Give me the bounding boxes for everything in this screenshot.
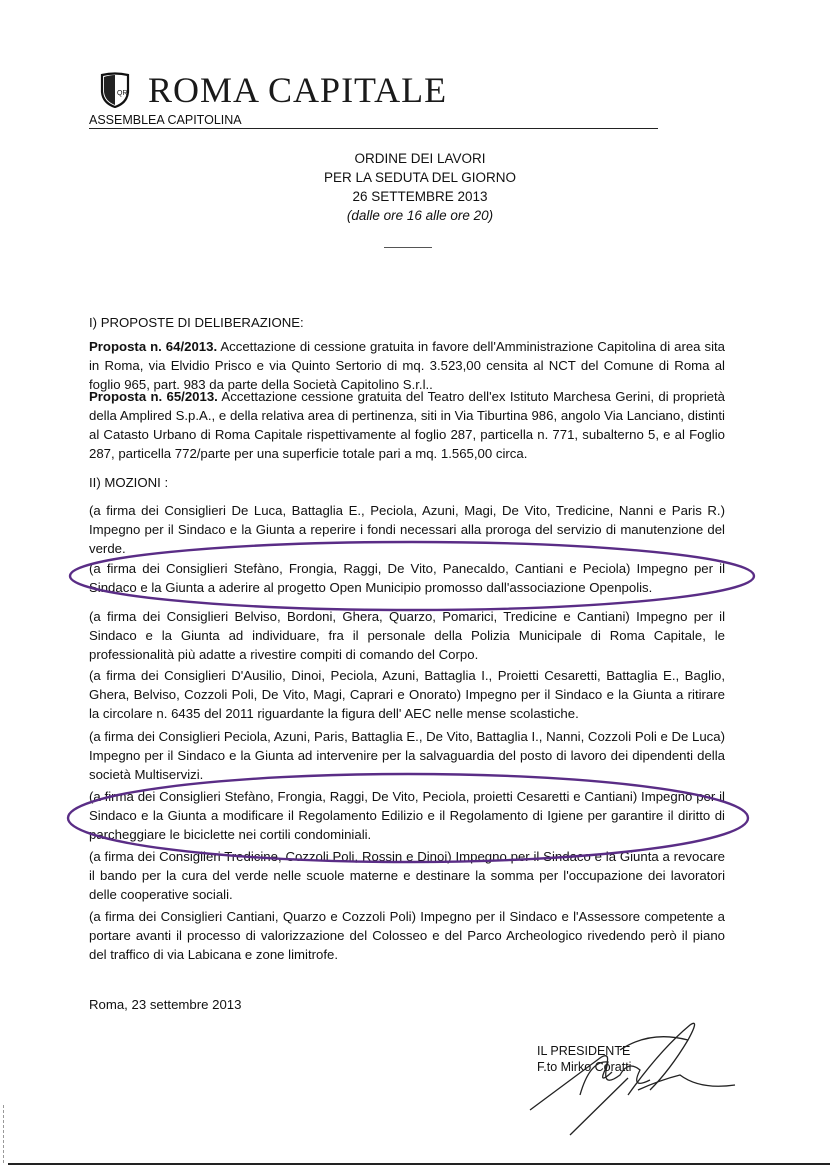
agenda-title-block: ORDINE DEI LAVORI PER LA SEDUTA DEL GIOR…	[250, 149, 590, 225]
session-hours: (dalle ore 16 alle ore 20)	[250, 206, 590, 225]
proposal-label: Proposta n. 64/2013.	[89, 339, 217, 354]
scan-edge-mark	[3, 1105, 4, 1163]
agenda-title: ORDINE DEI LAVORI	[250, 149, 590, 168]
title-divider	[384, 247, 432, 248]
signature-block: IL PRESIDENTE F.to Mirko Coratti	[537, 1043, 631, 1075]
page-bottom-rule	[8, 1163, 830, 1165]
motion-item: (a firma dei Consiglieri D'Ausilio, Dino…	[89, 666, 725, 723]
place-date: Roma, 23 settembre 2013	[89, 997, 241, 1012]
proposal-item: Proposta n. 64/2013. Accettazione di ces…	[89, 337, 725, 394]
motion-item: (a firma dei Consiglieri Belviso, Bordon…	[89, 607, 725, 664]
svg-text:QR: QR	[117, 90, 128, 97]
section-proposals-heading: I) PROPOSTE DI DELIBERAZIONE:	[89, 313, 725, 332]
session-date: 26 SETTEMBRE 2013	[250, 187, 590, 206]
agenda-subtitle: PER LA SEDUTA DEL GIORNO	[250, 168, 590, 187]
section-motions-heading: II) MOZIONI :	[89, 473, 725, 492]
brand-name: ROMA CAPITALE	[148, 72, 447, 108]
motion-item: (a firma dei Consiglieri De Luca, Battag…	[89, 501, 725, 558]
motion-item: (a firma dei Consiglieri Peciola, Azuni,…	[89, 727, 725, 784]
motion-item: (a firma dei Consiglieri Tredicine, Cozz…	[89, 847, 725, 904]
shield-crest-icon: QR	[100, 72, 130, 108]
assembly-name: ASSEMBLEA CAPITOLINA	[89, 113, 242, 127]
header-logo: QR ROMA CAPITALE	[100, 72, 447, 108]
motion-item-circled: (a firma dei Consiglieri Stefàno, Frongi…	[89, 559, 725, 597]
motion-item-circled: (a firma dei Consiglieri Stefàno, Frongi…	[89, 787, 725, 844]
proposal-item: Proposta n. 65/2013. Accettazione cessio…	[89, 387, 725, 463]
signatory-title: IL PRESIDENTE	[537, 1043, 631, 1059]
motion-item: (a firma dei Consiglieri Cantiani, Quarz…	[89, 907, 725, 964]
header-divider	[89, 128, 658, 129]
proposal-label: Proposta n. 65/2013.	[89, 389, 218, 404]
signatory-name: F.to Mirko Coratti	[537, 1059, 631, 1075]
